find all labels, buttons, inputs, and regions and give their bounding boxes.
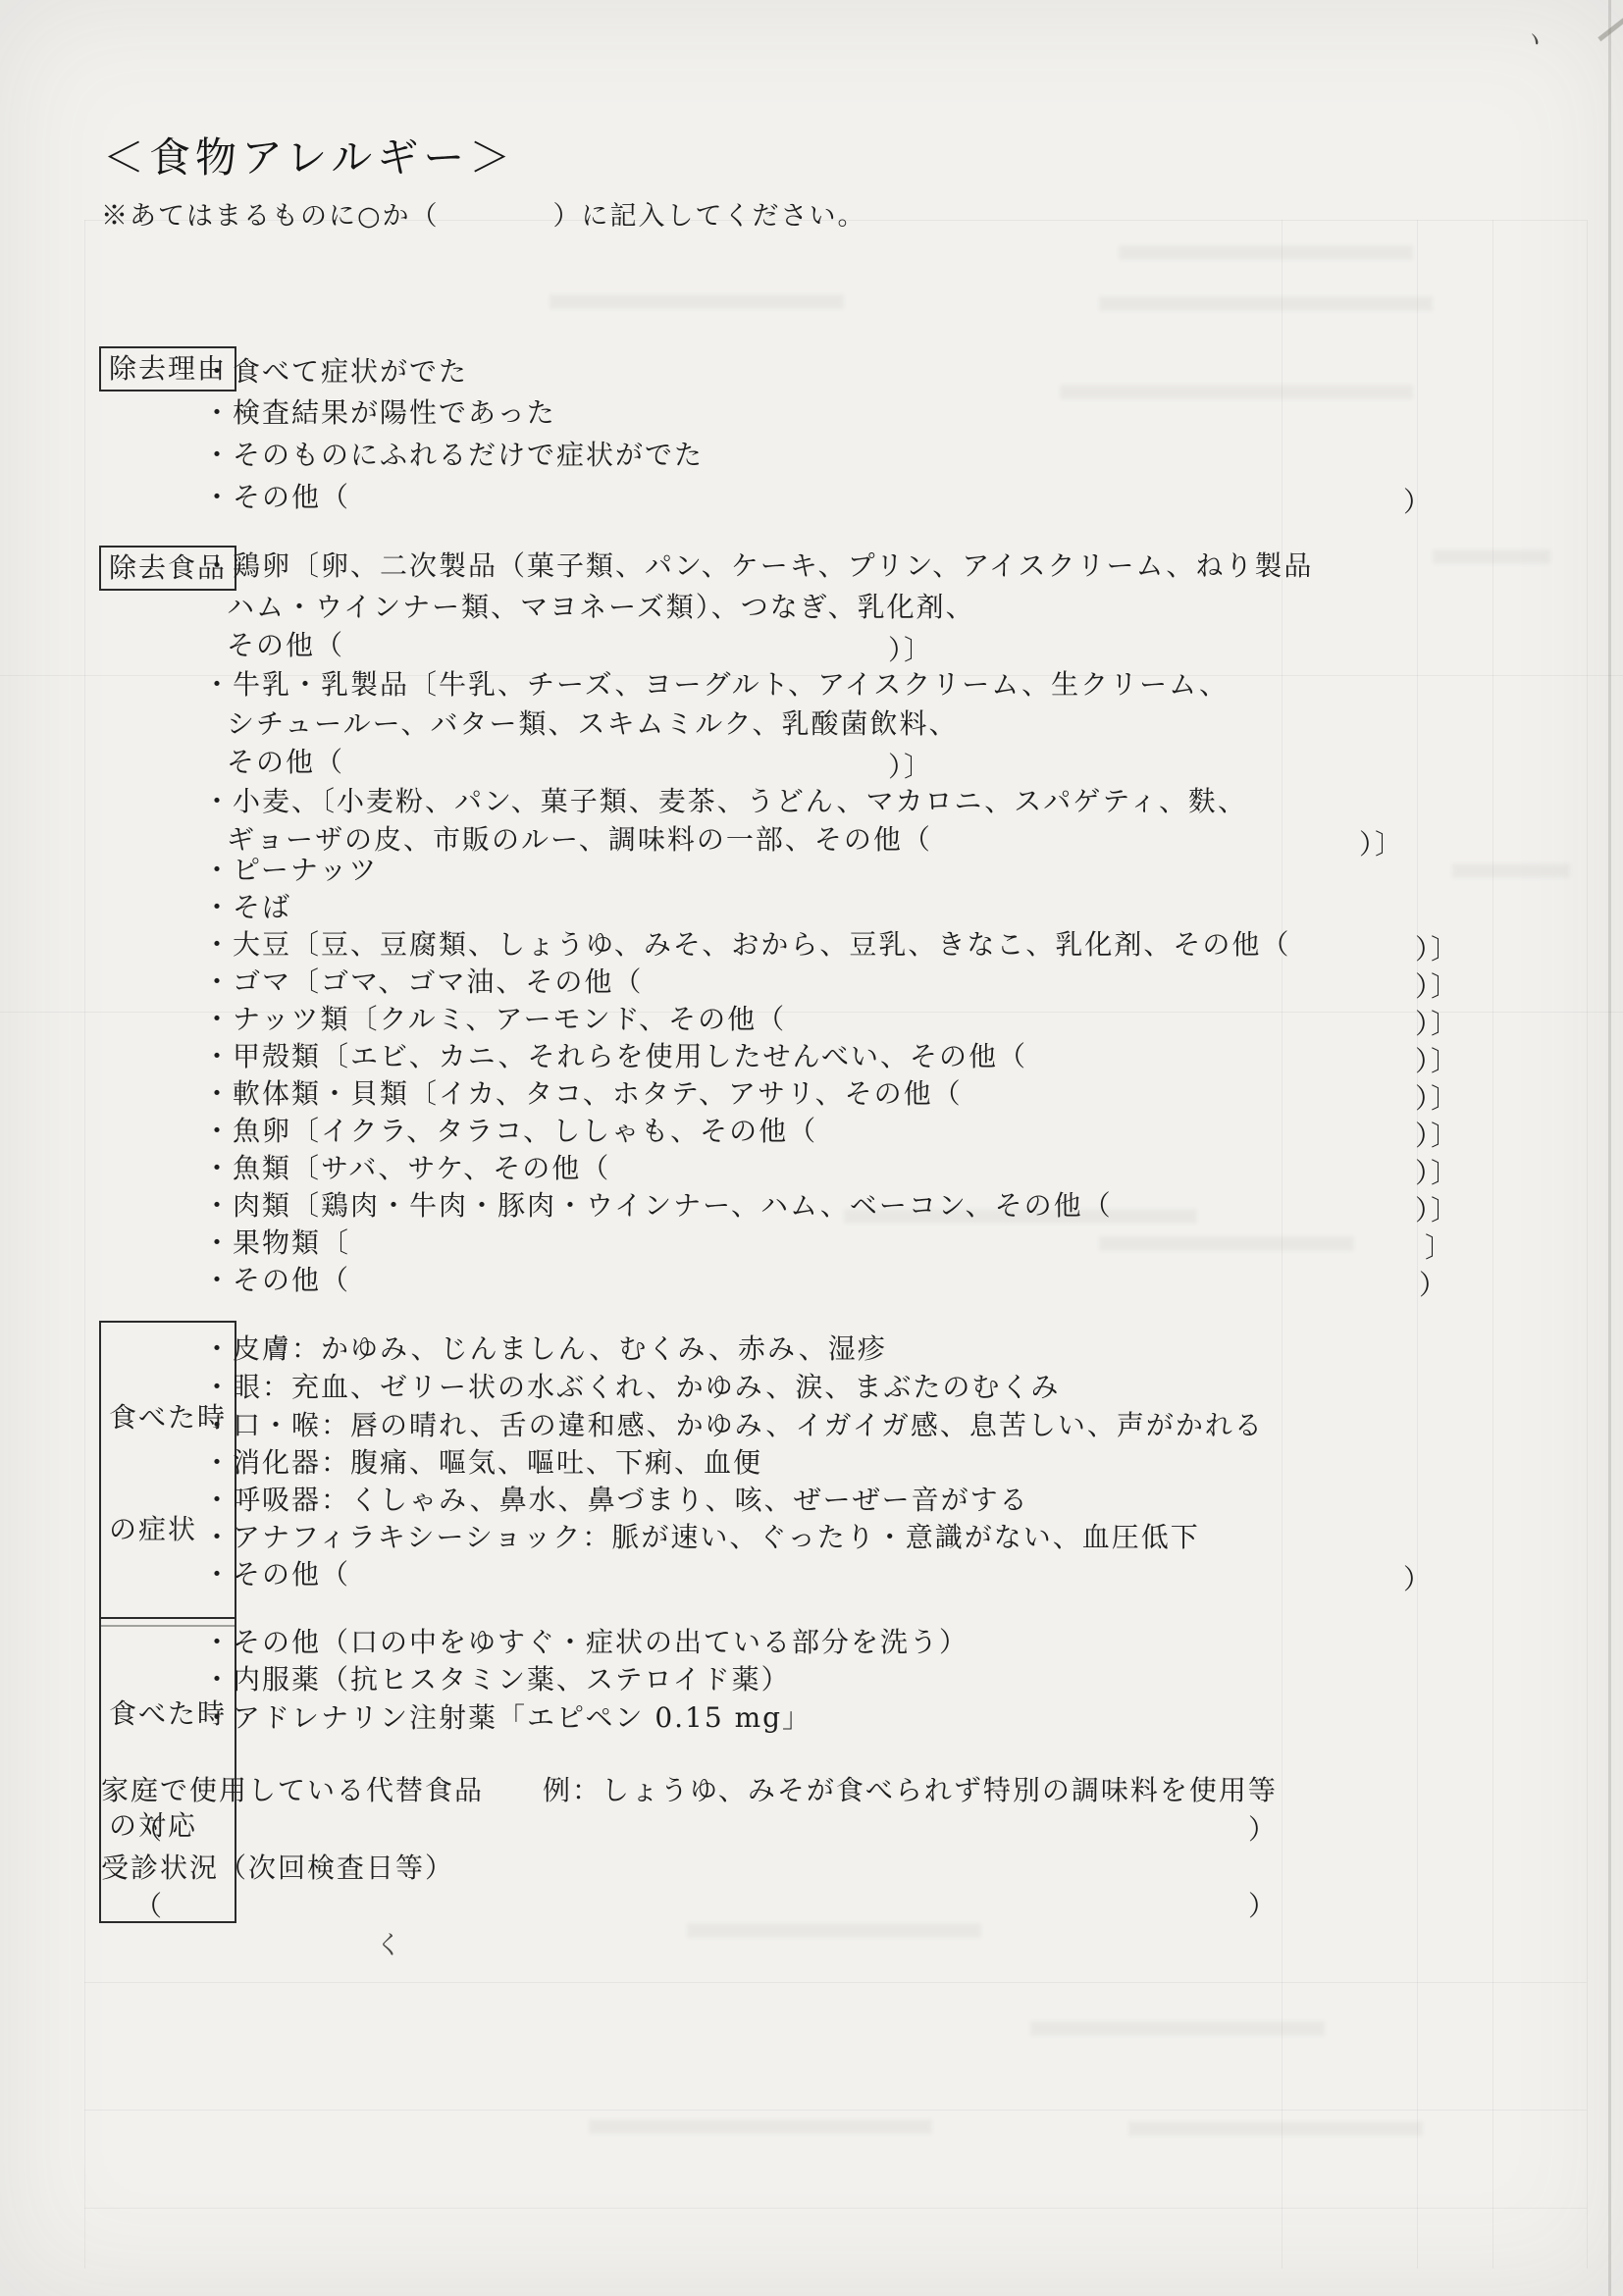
removed-food-item: ・その他（ [203, 1264, 350, 1297]
bleed-ghost [1099, 1236, 1354, 1251]
removed-food-item: ・魚卵〔イクラ、タラコ、ししゃも、その他（ [203, 1115, 817, 1148]
bleed-through-line [84, 1982, 1587, 1983]
removed-food-item: ・ピーナッツ [203, 854, 378, 887]
removed-food-item: ・小麦、〔小麦粉、パン、菓子類、麦茶、うどん、マカロニ、スパゲティ、麩、 [203, 785, 1247, 818]
page-title: ＜食物アレルギー＞ [103, 126, 515, 184]
removed-food-item: ・ゴマ〔ゴマ、ゴマ油、その他（ [203, 965, 643, 999]
bleed-through-line [84, 220, 85, 2269]
removed-food-item: ・牛乳・乳製品〔牛乳、チーズ、ヨーグルト、アイスクリーム、生クリーム、 [203, 668, 1229, 702]
bleed-through-line [1587, 220, 1588, 2269]
instruction-note: ※あてはまるものに○か（ ）に記入してください。 [101, 194, 866, 233]
visit-status-label: 受診状況（次回検査日等） [101, 1847, 454, 1886]
bleed-ghost [1452, 863, 1570, 878]
removed-food-item: ・大豆〔豆、豆腐類、しょうゆ、みそ、おから、豆乳、きなこ、乳化剤、その他（ [203, 928, 1290, 962]
bleed-ghost [1060, 385, 1413, 399]
removal-reason-item: ・そのものにふれるだけで症状がでた [203, 439, 704, 472]
fill-in-close-paren: ）〕 [1415, 1077, 1460, 1117]
bleed-ghost [1099, 296, 1433, 311]
fill-in-close-paren: ） [1419, 1264, 1448, 1303]
bleed-ghost [1433, 549, 1550, 564]
bleed-through-line [1417, 220, 1418, 2269]
fill-in-close-paren: ）〕 [1359, 823, 1404, 862]
removed-food-item: シチュールー、バター類、スキムミルク、乳酸菌飲料、 [227, 707, 959, 741]
fill-in-close-paren: ）〕 [888, 629, 933, 668]
bleed-ghost [550, 294, 844, 309]
removed-food-item: ギョーザの皮、市販のルー、調味料の一部、その他（ [227, 823, 932, 857]
scan-edge-line [1608, 0, 1611, 2296]
removal-reason-item: ・検査結果が陽性であった [203, 396, 556, 430]
fill-in-close-paren: ）〕 [1415, 928, 1460, 967]
bleed-ghost [589, 2119, 932, 2134]
symptom-item: ・口・喉：唇の晴れ、舌の違和感、かゆみ、イガイガ感、息苦しい、声がかれる [203, 1409, 1264, 1442]
fill-in-close-paren: ）〕 [1415, 1040, 1460, 1079]
removed-food-item: ・そば [203, 891, 291, 924]
visit-status-close-paren: ） [1248, 1885, 1278, 1924]
removed-food-item: ・果物類〔 [203, 1226, 350, 1260]
fill-in-close-paren: ）〕 [1415, 1189, 1460, 1228]
bleed-ghost [1128, 2121, 1423, 2136]
removed-food-item: ・軟体類・貝類〔イカ、タコ、ホタテ、アサリ、その他（ [203, 1077, 963, 1111]
bleed-ghost [1030, 2021, 1325, 2036]
substitute-foods-open-paren: （ [134, 1808, 164, 1848]
bleed-through-line [84, 2208, 1587, 2209]
fill-in-close-paren: ）〕 [888, 746, 933, 785]
symptom-item: ・呼吸器：くしゃみ、鼻水、鼻づまり、咳、ぜーぜー音がする [203, 1484, 1029, 1517]
symptom-item: ・その他（ [203, 1558, 350, 1592]
bleed-ghost [687, 1923, 981, 1938]
response-item: ・内服薬（抗ヒスタミン薬、ステロイド薬） [203, 1663, 791, 1696]
section-label-response-line2: の対応 [109, 1807, 227, 1845]
bleed-ghost [1119, 245, 1413, 260]
removed-food-item: ・ナッツ類〔クルミ、アーモンド、その他（ [203, 1003, 786, 1036]
visit-status-open-paren: （ [134, 1885, 164, 1924]
response-item: ・アドレナリン注射薬「エピペン 0.15 mg」 [203, 1701, 811, 1735]
removed-food-item: ハム・ウインナー類、マヨネーズ類）、つなぎ、乳化剤、 [227, 591, 975, 624]
fill-in-close-paren: ） [1403, 1558, 1433, 1597]
fill-in-close-paren: ）〕 [1415, 1003, 1460, 1042]
substitute-foods-close-paren: ） [1248, 1808, 1278, 1848]
symptom-item: ・アナフィラキシーショック：脈が速い、ぐったり・意識がない、血圧低下 [203, 1521, 1200, 1554]
removed-food-item: ・鶏卵〔卵、二次製品（菓子類、パン、ケーキ、プリン、アイスクリーム、ねり製品 [203, 549, 1313, 583]
response-item: ・その他（口の中をゆすぐ・症状の出ている部分を洗う） [203, 1626, 969, 1659]
scan-speck-mark: く [376, 1925, 401, 1961]
removed-food-item: その他（ [227, 629, 344, 662]
bleed-through-line [84, 2110, 1587, 2111]
substitute-foods-label: 家庭で使用している代替食品 例：しょうゆ、みそが食べられず特別の調味料を使用等 [101, 1769, 1278, 1808]
fill-in-close-bracket: 〕 [1425, 1226, 1454, 1266]
removal-reason-item: ・食べて症状がでた [203, 355, 468, 389]
fill-in-close-paren: ） [1403, 481, 1433, 520]
scanned-food-allergy-form: ヽ く ＜食物アレルギー＞ ※あてはまるものに○か（ ）に記入してください。 除… [0, 0, 1623, 2296]
symptom-item: ・眼：充血、ゼリー状の水ぶくれ、かゆみ、涙、まぶたのむくみ [203, 1371, 1060, 1404]
bleed-through-line [1492, 220, 1493, 2269]
removed-food-item: ・魚類〔サバ、サケ、その他（ [203, 1152, 610, 1185]
removed-food-item: ・甲殻類〔エビ、カニ、それらを使用したせんべい、その他（ [203, 1040, 1027, 1073]
fill-in-close-paren: ）〕 [1415, 965, 1460, 1005]
removal-reason-item: ・その他（ [203, 481, 350, 514]
symptom-item: ・皮膚：かゆみ、じんましん、むくみ、赤み、湿疹 [203, 1332, 887, 1366]
scan-speck-mark: ヽ [1518, 18, 1550, 59]
fill-in-close-paren: ）〕 [1415, 1115, 1460, 1154]
scan-corner-artifact [1574, 0, 1623, 41]
removed-food-item: その他（ [227, 746, 344, 779]
symptom-item: ・消化器：腹痛、嘔気、嘔吐、下痢、血便 [203, 1446, 762, 1480]
removed-food-item: ・肉類〔鶏肉・牛肉・豚肉・ウインナー、ハム、ベーコン、その他（ [203, 1189, 1113, 1223]
fill-in-close-paren: ）〕 [1415, 1152, 1460, 1191]
